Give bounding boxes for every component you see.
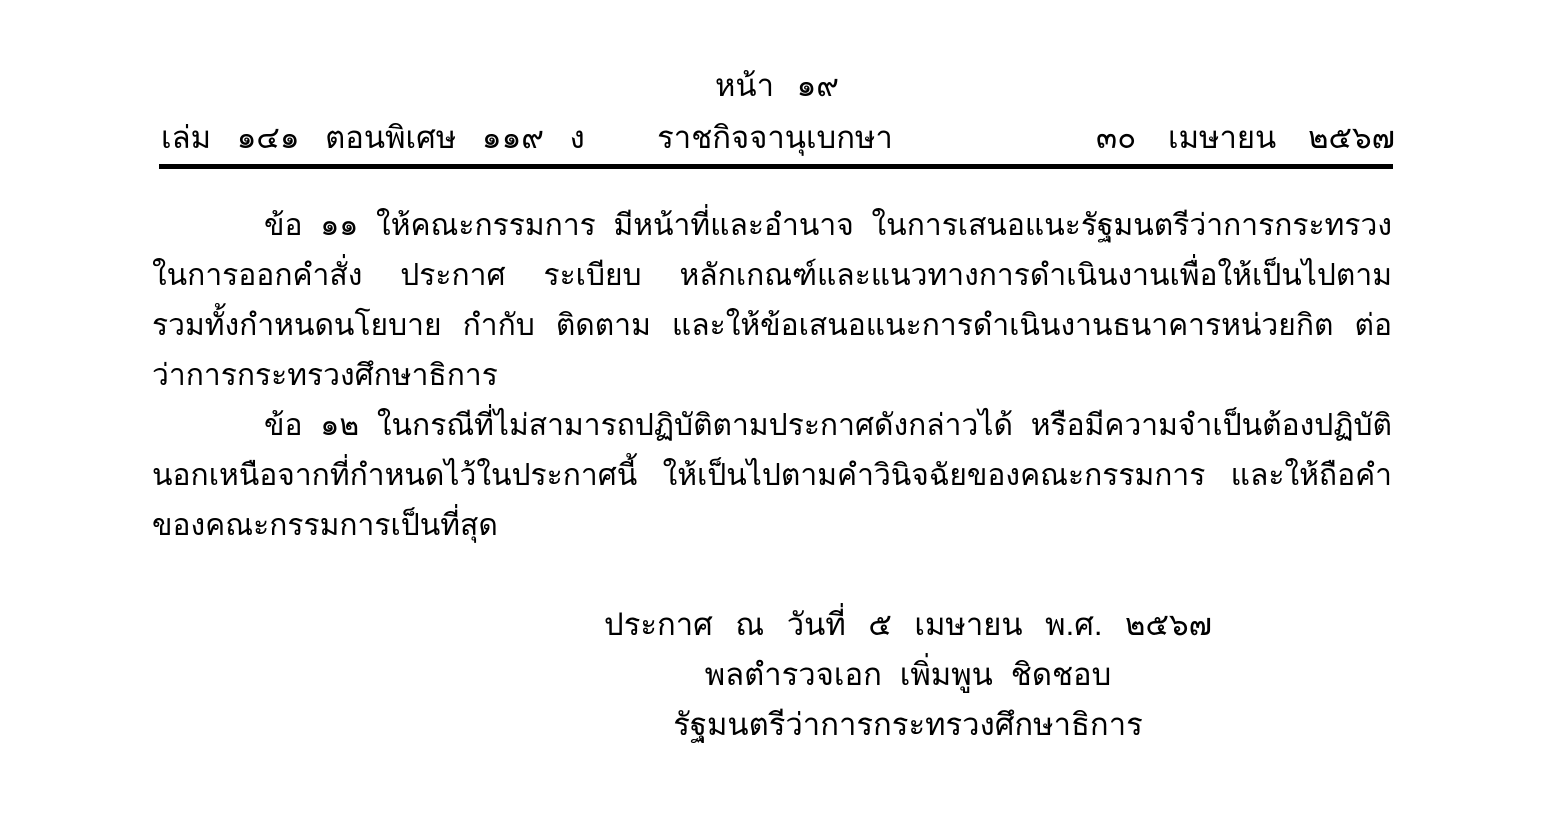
publication-date: ๓๐ เมษายน ๒๕๖๗: [1096, 116, 1395, 160]
body-line: นอกเหนือจากที่กำหนดไว้ในประกาศนี้ ให้เป็…: [152, 451, 1392, 501]
document-body: ข้อ ๑๑ ให้คณะกรรมการ มีหน้าที่และอำนาจ ใ…: [152, 201, 1392, 551]
clause-11-paragraph: ข้อ ๑๑ ให้คณะกรรมการ มีหน้าที่และอำนาจ ใ…: [152, 201, 1392, 401]
body-line: ในการออกคำสั่ง ประกาศ ระเบียบ หลักเกณฑ์แ…: [152, 251, 1392, 301]
masthead-divider-rule: [159, 164, 1393, 169]
body-line: ข้อ ๑๑ ให้คณะกรรมการ มีหน้าที่และอำนาจ ใ…: [152, 201, 1392, 251]
signer-title: รัฐมนตรีว่าการกระทรวงศึกษาธิการ: [603, 700, 1213, 750]
body-line: รวมทั้งกำหนดนโยบาย กำกับ ติดตาม และให้ข้…: [152, 301, 1392, 351]
body-line: ข้อ ๑๒ ในกรณีที่ไม่สามารถปฏิบัติตามประกา…: [152, 401, 1392, 451]
clause-12-paragraph: ข้อ ๑๒ ในกรณีที่ไม่สามารถปฏิบัติตามประกา…: [152, 401, 1392, 551]
masthead: เล่ม ๑๔๑ ตอนพิเศษ ๑๑๙ ง ราชกิจจานุเบกษา …: [155, 116, 1395, 160]
signature-block: ประกาศ ณ วันที่ ๕ เมษายน พ.ศ. ๒๕๖๗ พลตำร…: [603, 600, 1213, 750]
proclamation-date-line: ประกาศ ณ วันที่ ๕ เมษายน พ.ศ. ๒๕๖๗: [603, 600, 1213, 650]
body-line: ของคณะกรรมการเป็นที่สุด: [152, 501, 1392, 551]
signer-name: พลตำรวจเอก เพิ่มพูน ชิดชอบ: [603, 650, 1213, 700]
body-line: ว่าการกระทรวงศึกษาธิการ: [152, 351, 1392, 401]
page-number: หน้า ๑๙: [0, 64, 1554, 108]
gazette-page: หน้า ๑๙ เล่ม ๑๔๑ ตอนพิเศษ ๑๑๙ ง ราชกิจจา…: [0, 0, 1554, 837]
